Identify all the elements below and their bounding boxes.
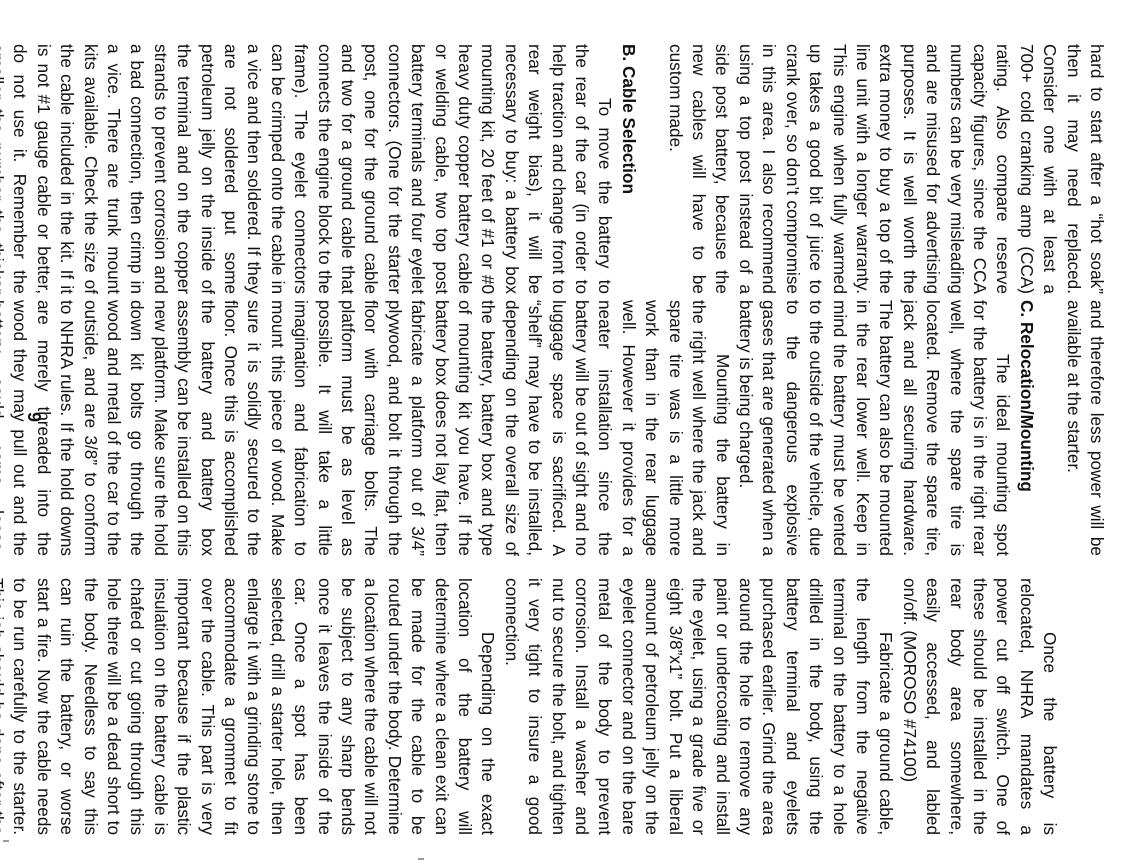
- scanned-page-viewport: hard to start after a “hot soak” then it…: [0, 0, 1144, 863]
- spacer: [1085, 578, 1108, 835]
- paragraph-battery-selection-end: hard to start after a “hot soak” then it…: [663, 44, 1108, 294]
- spacer: [1061, 578, 1084, 835]
- document-page: hard to start after a “hot soak” then it…: [0, 0, 1144, 863]
- scan-speck: [3, 840, 9, 842]
- text-column-1: hard to start after a “hot soak” then it…: [0, 44, 1108, 294]
- paragraph-cable-selection-end: and therefore less power will be availab…: [1061, 300, 1108, 556]
- paragraph-cut-off-switch: Once the battery is relocated, NHRA mand…: [897, 578, 1061, 835]
- paragraph-cable-routing: Depending on the exact location of the b…: [0, 578, 499, 835]
- text-column-2: and therefore less power will be availab…: [0, 300, 1108, 556]
- section-heading-relocation-mounting: C. Relocation/Mounting: [1014, 300, 1037, 556]
- text-column-3: Once the battery is relocated, NHRA mand…: [0, 578, 1108, 835]
- paragraph-ground-cable: Fabricate a ground cable, the length fro…: [499, 578, 897, 835]
- page-number: 9: [23, 412, 44, 422]
- section-heading-cable-selection: B. Cable Selection: [616, 44, 639, 294]
- paragraph-cable-selection: To move the battery to the rear of the c…: [0, 44, 616, 294]
- spacer: [640, 44, 663, 294]
- paragraph-ideal-mounting-spot: The ideal mounting spot for the battery …: [734, 300, 1015, 556]
- scan-speck: [418, 858, 424, 860]
- spacer: [1038, 300, 1061, 556]
- paragraph-mounting-right-well: Mounting the battery in the right well w…: [0, 300, 734, 556]
